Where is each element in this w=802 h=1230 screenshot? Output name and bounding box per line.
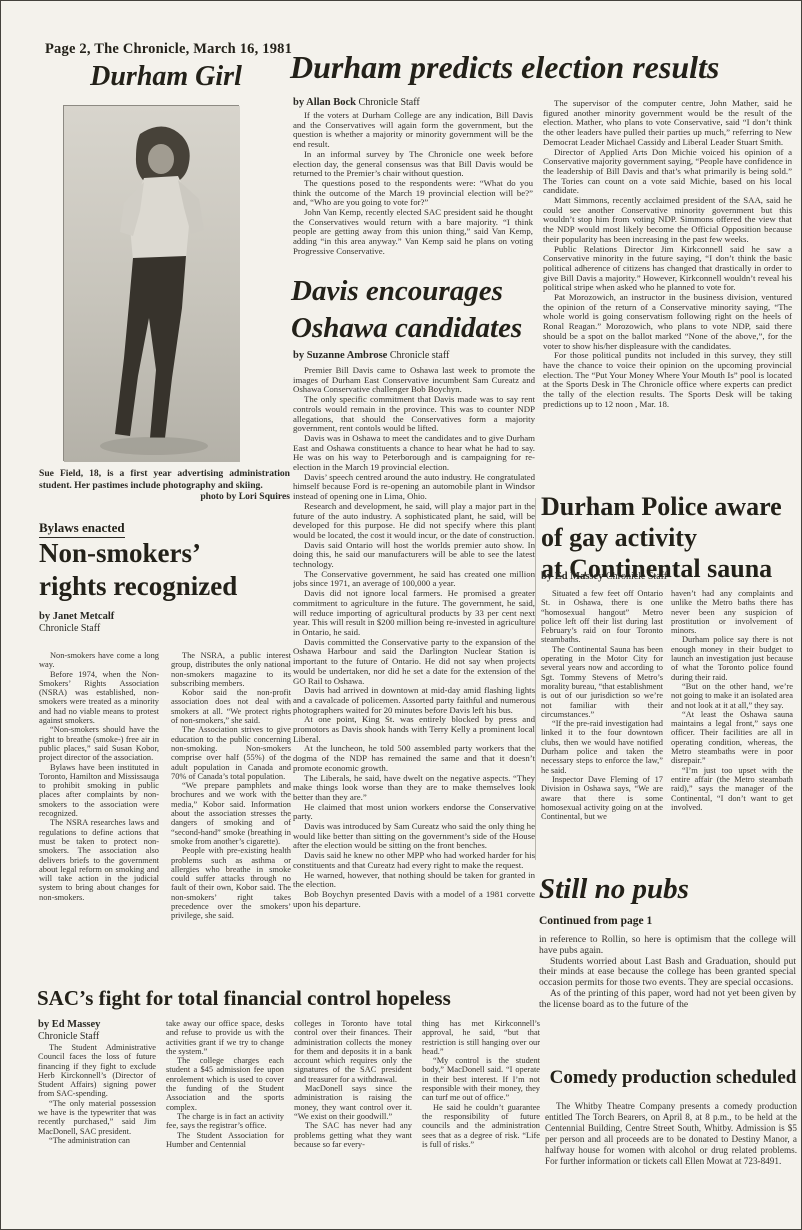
paragraph: The Student Association for Humber and C… bbox=[166, 1131, 284, 1150]
nonsmokers-col-1: Non-smokers have come a long way.Before … bbox=[39, 651, 159, 985]
paragraph: Davis was in Oshawa to meet the candidat… bbox=[293, 434, 535, 473]
sue-field-photo bbox=[63, 105, 239, 461]
pubs-headline: Still no pubs bbox=[539, 873, 799, 906]
paragraph: The questions posed to the respondents w… bbox=[293, 179, 533, 208]
paragraph: “The only material possession we have is… bbox=[38, 1099, 156, 1136]
police-col-2: haven’t had any complaints and unlike th… bbox=[671, 589, 793, 861]
paragraph: “We prepare pamphlets and brochures and … bbox=[171, 781, 291, 846]
pubs-continued: Continued from page 1 bbox=[539, 915, 652, 927]
paragraph: Public Relations Director Jim Kirkconnel… bbox=[543, 245, 792, 294]
paragraph: The Conservative government, he said has… bbox=[293, 570, 535, 589]
paragraph: MacDonell says since the administration … bbox=[294, 1084, 412, 1121]
paragraph: At the luncheon, he told 500 assembled p… bbox=[293, 744, 535, 773]
paragraph: The Continental Sauna has been operating… bbox=[541, 645, 663, 719]
paragraph: Kobor said the non-profit association do… bbox=[171, 688, 291, 725]
police-columns: Situated a few feet off Ontario St. in O… bbox=[541, 589, 793, 861]
sac-headline: SAC’s fight for total financial control … bbox=[37, 986, 543, 1011]
paragraph: Non-smokers have come a long way. bbox=[39, 651, 159, 670]
paragraph: “The administration can bbox=[38, 1136, 156, 1145]
paragraph: The SAC has never had any problems getti… bbox=[294, 1121, 412, 1149]
paragraph: As of the printing of this paper, word h… bbox=[539, 989, 796, 1011]
durham-girl-headline: Durham Girl bbox=[59, 61, 273, 93]
paragraph: He claimed that most union workers endor… bbox=[293, 803, 535, 822]
comedy-headline: Comedy production scheduled bbox=[549, 1067, 797, 1089]
paragraph: The supervisor of the computer centre, J… bbox=[543, 99, 792, 148]
byline-org: Chronicle Staff bbox=[606, 571, 667, 582]
nonsmokers-headline: Non-smokers’ rights recognized bbox=[39, 537, 301, 603]
paragraph: Davis said Ontario will host the worlds … bbox=[293, 541, 535, 570]
paragraph: Durham police say there is not enough mo… bbox=[671, 635, 793, 681]
davis-body: Premier Bill Davis came to Oshawa last w… bbox=[293, 366, 535, 980]
paragraph: Premier Bill Davis came to Oshawa last w… bbox=[293, 366, 535, 395]
paragraph: Davis was introduced by Sam Cureatz who … bbox=[293, 822, 535, 851]
paragraph: The Association strives to give educatio… bbox=[171, 725, 291, 781]
paragraph: For those political pundits not included… bbox=[543, 351, 792, 409]
pubs-body: in reference to Rollin, so here is optim… bbox=[539, 935, 796, 1041]
photo-illustration bbox=[64, 106, 240, 462]
paragraph: He said he couldn’t guarantee the respon… bbox=[422, 1103, 540, 1149]
paragraph: The only specific commitment that Davis … bbox=[293, 395, 535, 434]
paragraph: Bob Boychyn presented Davis with a model… bbox=[293, 890, 535, 909]
sac-col-3: colleges in Toronto have total control o… bbox=[294, 1019, 412, 1181]
sac-col-2: take away our office space, desks and re… bbox=[166, 1019, 284, 1181]
paragraph: “My control is the student body,” MacDon… bbox=[422, 1056, 540, 1102]
paragraph: At one point, King St. was entirely bloc… bbox=[293, 715, 535, 744]
nonsmokers-byline: by Janet Metcalf Chronicle Staff bbox=[39, 611, 114, 635]
paragraph: People with pre-existing health problems… bbox=[171, 846, 291, 920]
byline-org: Chronicle Staff bbox=[39, 623, 100, 634]
byline-author: by Suzanne Ambrose bbox=[293, 350, 387, 361]
newspaper-page: Page 2, The Chronicle, March 16, 1981 Du… bbox=[0, 0, 802, 1230]
election-headline: Durham predicts election results bbox=[290, 49, 796, 86]
paragraph: Davis’ speech centred around the auto in… bbox=[293, 473, 535, 502]
paragraph: Before 1974, when the Non-Smokers’ Right… bbox=[39, 670, 159, 726]
paragraph: “If the pre-raid investigation had linke… bbox=[541, 719, 663, 775]
police-col-1: Situated a few feet off Ontario St. in O… bbox=[541, 589, 663, 861]
davis-headline: Davis encourages Oshawa candidates bbox=[291, 273, 541, 347]
sac-byline: by Ed Massey Chronicle Staff bbox=[38, 1019, 156, 1043]
photo-credit: photo by Lori Squires bbox=[39, 491, 290, 503]
byline-org: Chronicle staff bbox=[390, 350, 450, 361]
paragraph: If the voters at Durham College are any … bbox=[293, 111, 533, 150]
nonsmokers-columns: Non-smokers have come a long way.Before … bbox=[39, 651, 291, 985]
election-col-1: If the voters at Durham College are any … bbox=[293, 111, 533, 273]
sac-columns: by Ed Massey Chronicle Staff The Student… bbox=[38, 1019, 540, 1181]
column-rule bbox=[535, 498, 536, 860]
paragraph: Director of Applied Arts Don Michie voic… bbox=[543, 148, 792, 197]
paragraph: The NSRA researches laws and regulations… bbox=[39, 818, 159, 902]
paragraph: “But on the other hand, we’re not going … bbox=[671, 682, 793, 710]
paragraph: The Liberals, he said, have dwelt on the… bbox=[293, 774, 535, 803]
paragraph: Situated a few feet off Ontario St. in O… bbox=[541, 589, 663, 645]
paragraph: thing has met Kirkconnell’s approval, he… bbox=[422, 1019, 540, 1056]
paragraph: colleges in Toronto have total control o… bbox=[294, 1019, 412, 1084]
paragraph: The Whitby Theatre Company presents a co… bbox=[545, 1101, 797, 1167]
byline-author: by Allan Bock bbox=[293, 97, 356, 108]
paragraph: Research and development, he said, will … bbox=[293, 502, 535, 541]
election-byline: by Allan Bock Chronicle Staff bbox=[293, 97, 420, 109]
paragraph: “I’m just too upset with the entire affa… bbox=[671, 766, 793, 812]
nonsmokers-col-2: The NSRA, a public interest group, distr… bbox=[171, 651, 291, 985]
paragraph: In an informal survey by The Chronicle o… bbox=[293, 150, 533, 179]
paragraph: in reference to Rollin, so here is optim… bbox=[539, 935, 796, 957]
paragraph: haven’t had any complaints and unlike th… bbox=[671, 589, 793, 635]
paragraph: He warned, however, that nothing should … bbox=[293, 871, 535, 890]
paragraph: “Non-smokers should have the right to br… bbox=[39, 725, 159, 762]
nonsmokers-kicker: Bylaws enacted bbox=[39, 520, 125, 538]
paragraph: Davis committed the Conservative party t… bbox=[293, 638, 535, 687]
paragraph: Davis did not ignore local farmers. He p… bbox=[293, 589, 535, 638]
byline-org: Chronicle Staff bbox=[359, 97, 420, 108]
page-folio: Page 2, The Chronicle, March 16, 1981 bbox=[45, 41, 325, 58]
paragraph: The Student Administrative Council faces… bbox=[38, 1043, 156, 1099]
caption-text: Sue Field, 18, is a first year advertisi… bbox=[39, 468, 290, 491]
paragraph: John Van Kemp, recently elected SAC pres… bbox=[293, 208, 533, 257]
paragraph: The college charges each student a $45 a… bbox=[166, 1056, 284, 1112]
paragraph: Matt Simmons, recently acclaimed preside… bbox=[543, 196, 792, 245]
nonsmokers-kicker-wrap: Bylaws enacted bbox=[39, 519, 125, 538]
byline-org: Chronicle Staff bbox=[38, 1031, 99, 1042]
paragraph: Pat Morozowich, an instructor in the bus… bbox=[543, 293, 792, 351]
paragraph: Students worried about Last Bash and Gra… bbox=[539, 957, 796, 989]
photo-caption: Sue Field, 18, is a first year advertisi… bbox=[39, 468, 290, 503]
paragraph: The NSRA, a public interest group, distr… bbox=[171, 651, 291, 688]
paragraph: “At least the Oshawa sauna maintains a l… bbox=[671, 710, 793, 766]
paragraph: The charge is in fact an activity fee, s… bbox=[166, 1112, 284, 1131]
paragraph: take away our office space, desks and re… bbox=[166, 1019, 284, 1056]
sac-col-1: by Ed Massey Chronicle Staff The Student… bbox=[38, 1019, 156, 1181]
election-col-2: The supervisor of the computer centre, J… bbox=[543, 99, 792, 481]
paragraph: Inspector Dave Fleming of 17 Division in… bbox=[541, 775, 663, 821]
sac-col-4: thing has met Kirkconnell’s approval, he… bbox=[422, 1019, 540, 1181]
davis-byline: by Suzanne Ambrose Chronicle staff bbox=[293, 350, 449, 362]
paragraph: Davis had arrived in downtown at mid-day… bbox=[293, 686, 535, 715]
police-byline: by Ed Massey Chronicle Staff bbox=[541, 571, 667, 583]
byline-author: by Ed Massey bbox=[38, 1019, 100, 1030]
byline-author: by Ed Massey bbox=[541, 571, 603, 582]
paragraph: Bylaws have been instituted in Toronto, … bbox=[39, 763, 159, 819]
byline-author: by Janet Metcalf bbox=[39, 611, 114, 622]
comedy-body: The Whitby Theatre Company presents a co… bbox=[545, 1101, 797, 1211]
paragraph: Davis said he knew no other MPP who had … bbox=[293, 851, 535, 870]
